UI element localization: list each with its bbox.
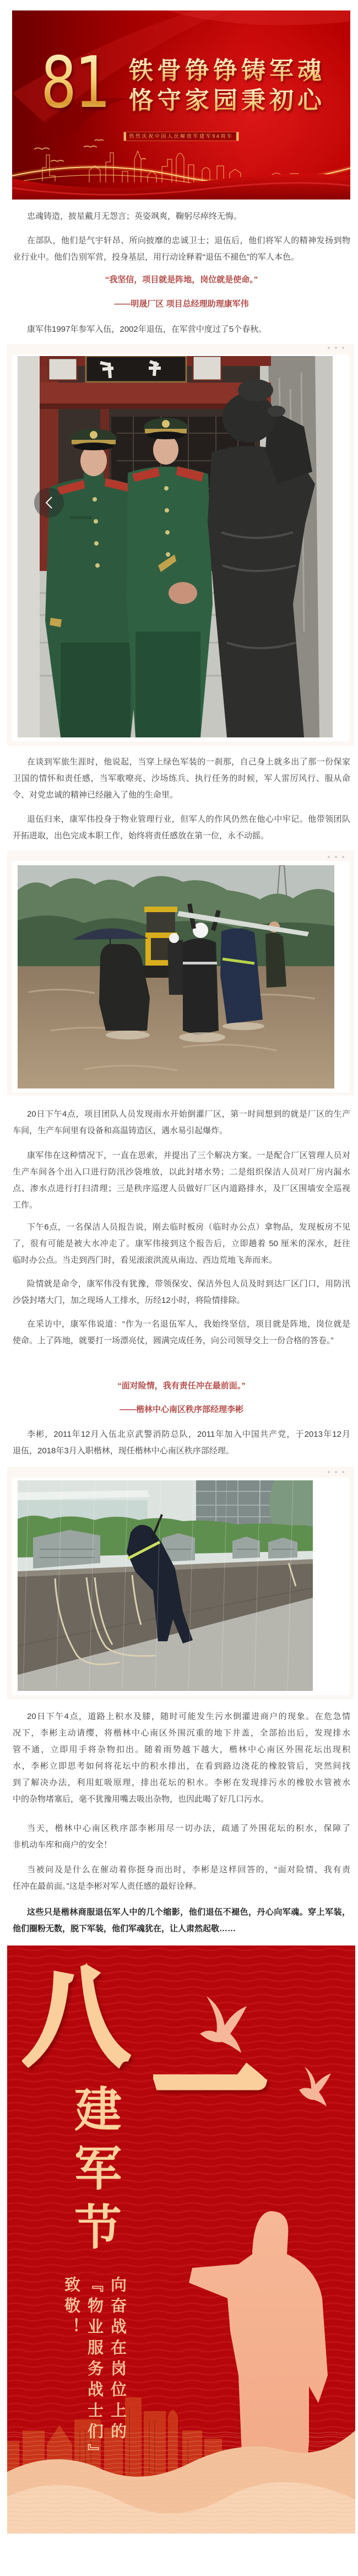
text-line: 他们圈粉无数，脱下军装，他们军魂犹在，让人肃然起敬…… bbox=[13, 1921, 350, 1937]
poster-slogan-column-right: 向奋战在岗位上的 bbox=[110, 2276, 126, 2444]
paragraph-conclusion: 这些只是楷林商服退伍军人中的几个缩影，他们退伍不褪色，丹心向军魂。穿上军装， 他… bbox=[13, 1904, 350, 1937]
carousel-dot[interactable] bbox=[328, 1471, 330, 1473]
text-line: 退伍，2018年3月入职楷林，现任楷林中心南区秩序部经理。 bbox=[13, 1443, 350, 1459]
carousel-dot[interactable] bbox=[342, 1471, 344, 1473]
poster-big-char-ba: 八 bbox=[24, 1965, 128, 2070]
text-line: 业行业中。他们告别军营，投身基层，用行动诠释着“退伍不褪色”的军人本色。 bbox=[13, 249, 350, 266]
quote-li: “面对险情，我有责任冲在最前面。” bbox=[13, 1378, 350, 1394]
photo-carousel-1[interactable] bbox=[7, 344, 354, 746]
banner-subtitle: 热烈庆祝中国人民解放军建军94周年 bbox=[124, 132, 238, 141]
chevron-left-icon bbox=[44, 496, 55, 509]
carousel-dots bbox=[328, 347, 344, 349]
photo-carousel-2[interactable] bbox=[7, 850, 354, 1096]
article-page: 81 铁骨铮铮铸军魂 恪守家园秉初心 热烈庆祝中国人民解放军建军94周年 忠魂铸… bbox=[0, 0, 358, 2576]
paragraph-danger-order: 险情就是命令，康军伟没有犹豫，带领保安、保洁外包人员及时到达厂区门口，用防汛 沙… bbox=[13, 1276, 350, 1309]
text-line: 险情就是命令，康军伟没有犹豫，带领保安、保洁外包人员及时到达厂区门口，用防汛 bbox=[13, 1276, 350, 1292]
text-line: 非机动车库和商户的安全！ bbox=[13, 1837, 350, 1853]
paragraph-veterans: 在部队，他们是气宇轩昂、所向披靡的忠诚卫士；退伍后，他们将军人的精神发扬到物 业… bbox=[13, 233, 350, 266]
text-line: 临时办公点。当走到西门时，看见滚滚洪流从南边、西边荒地飞奔而来。 bbox=[13, 1252, 350, 1269]
text-line: 水，李彬立即思考如何将花坛中的积水排出，在看到路边浇花的橡胶管后，突然间找 bbox=[13, 1758, 350, 1775]
carousel-dot[interactable] bbox=[335, 347, 337, 349]
poster-slogan-column-left: 致敬！ bbox=[63, 2276, 80, 2339]
text-line: 生产车间各个出入口进行防汛沙袋堆放，以此封堵水势；二是组织保洁人员对厂房内漏水 bbox=[13, 1164, 350, 1181]
text-line: 在谈到军旅生涯时，他说起，当穿上绿色军装的一刹那，自己身上就多出了那一份保家 bbox=[13, 754, 350, 770]
paragraph-military-life: 在谈到军旅生涯时，他说起，当穿上绿色军装的一刹那，自己身上就多出了那一份保家 卫… bbox=[13, 754, 350, 804]
text-line: 任冲在最前面。”这是李彬对军人责任感的最好诠释。 bbox=[13, 1878, 350, 1895]
paragraph-li-action: 20日下午4点，道路上积水及膝，随时可能发生污水倒灌进商户的现象。在危急情 况下… bbox=[13, 1709, 350, 1808]
banner-title-line2: 恪守家园秉初心 bbox=[129, 88, 326, 114]
paragraph-six-pm: 下午6点，一名保洁人员报告说，刚去临时板房（临时办公点）拿物品，发现板房不见 了… bbox=[13, 1219, 350, 1269]
text-line: 在采访中，康军伟说道：“作为一名退伍军人，我始终坚信，项目就是阵地，岗位就是 bbox=[13, 1316, 350, 1333]
carousel-dot[interactable] bbox=[335, 856, 337, 858]
quote-kang-attribution: ——明晟厂区 项目总经理助理康军伟 bbox=[13, 296, 350, 312]
text-line: 忠魂铸造，披星戴月无怨言；英姿飒爽，鞠躬尽瘁终无悔。 bbox=[13, 208, 350, 225]
text-line: 20日下午4点，道路上积水及膝，随时可能发生污水倒灌进商户的现象。在危急情 bbox=[13, 1709, 350, 1725]
paragraph-li-bio: 李彬，2011年12月入伍北京武警消防总队，2011年加入中国共产党，于2013… bbox=[13, 1426, 350, 1459]
paragraph-three-plans: 康军伟在这种情况下，一直在思索，并提出了三个解决方案。一是配合厂区管理人员对 生… bbox=[13, 1147, 350, 1214]
text-line: 使命。上了阵地，就要打一场漂亮仗，圆满完成任务，向公司领导交上一份合格的答卷。” bbox=[13, 1333, 350, 1349]
text-line: 点、渗水点进行打扫清理；三是秩序巡逻人员做好厂区内道路排水，及厂区围墙安全巡视 bbox=[13, 1181, 350, 1197]
army-day-poster: 八 一 建军节 向奋战在岗位上的 『物业服务战士们』 致敬！ bbox=[7, 1946, 355, 2534]
banner-title-line1: 铁骨铮铮铸军魂 bbox=[129, 58, 326, 84]
text-line: 中的杂物堵塞后，毫不犹豫用嘴去吸出杂物，也因此喝了好几口污水。 bbox=[13, 1791, 350, 1808]
poster-title-army-day: 建军节 bbox=[68, 2084, 120, 2261]
carousel-dot[interactable] bbox=[335, 1471, 337, 1473]
paragraph-interview-kang: 在采访中，康军伟说道：“作为一名退伍军人，我始终坚信，项目就是阵地，岗位就是 使… bbox=[13, 1316, 350, 1349]
text-line: 退伍归来，康军伟投身于物业管理行业，但军人的作风仍然在他心中牢记。他带领团队 bbox=[13, 811, 350, 828]
paragraph-kang-bio: 康军伟1997年参军入伍，2002年退伍，在军营中度过了5个春秋。 bbox=[13, 321, 350, 338]
text-line: 沙袋封堵大门，加之现场人工排水，历经12小时，将险情排除。 bbox=[13, 1292, 350, 1309]
photo-soldiers-statue[interactable] bbox=[18, 356, 333, 737]
text-line: 况下，李彬主动请缨，将楷林中心南区外围沉重的地下井盖，全部抬出后，发现排水 bbox=[13, 1725, 350, 1742]
carousel-dot[interactable] bbox=[328, 856, 330, 858]
text-line: 20日下午4点，项目团队人员发现雨水开始倒灌厂区，第一时间想到的就是厂区的生产 bbox=[13, 1106, 350, 1123]
text-line: 当天，楷林中心南区秩序部李彬用尽一切办法，疏通了外围花坛的积水，保障了 bbox=[13, 1820, 350, 1837]
text-line: 开拓进取，出色完成本职工作，始终将责任感放在第一位，永不动摇。 bbox=[13, 828, 350, 844]
photo-carousel-3[interactable] bbox=[7, 1467, 354, 1699]
carousel-dot[interactable] bbox=[342, 856, 344, 858]
text-line: 了，很有可能是被大水冲走了。康军伟接到这个报告后，立即趟着 50 厘米的深水，赶… bbox=[13, 1236, 350, 1252]
text-line: 这些只是楷林商服退伍军人中的几个缩影，他们退伍不褪色，丹心向军魂。穿上军装， bbox=[13, 1904, 350, 1921]
poster-big-char-yi: 一 bbox=[155, 2035, 265, 2145]
text-line: 管不通，立即用手将杂物扣出。随着雨势越下越大，楷林中心南区外围花坛出现积 bbox=[13, 1742, 350, 1758]
text-line: 到了解决办法，利用虹吸原理，排出花坛的积水。李彬在发现排污水的橡胶水管被水 bbox=[13, 1775, 350, 1791]
carousel-dots bbox=[328, 1471, 344, 1473]
paragraph-li-answer: 当被问及是什么在催动着你挺身而出时，李彬是这样回答的，“面对险情，我有责 任冲在… bbox=[13, 1862, 350, 1895]
paragraph-intro: 忠魂铸造，披星戴月无怨言；英姿飒爽，鞠躬尽瘁终无悔。 bbox=[13, 208, 350, 225]
header-banner: 81 铁骨铮铮铸军魂 恪守家园秉初心 热烈庆祝中国人民解放军建军94周年 bbox=[12, 10, 350, 200]
text-line: 下午6点，一名保洁人员报告说，刚去临时板房（临时办公点）拿物品，发现板房不见 bbox=[13, 1219, 350, 1236]
carousel-dot[interactable] bbox=[328, 347, 330, 349]
poster-slogan-column-middle: 『物业服务战士们』 bbox=[86, 2276, 103, 2465]
carousel-dot[interactable] bbox=[342, 347, 344, 349]
paragraph-flood-alert: 20日下午4点，项目团队人员发现雨水开始倒灌厂区，第一时间想到的就是厂区的生产 … bbox=[13, 1106, 350, 1139]
text-line: 车间，生产车间里有设备和高温铸造区，遇水易引起爆炸。 bbox=[13, 1123, 350, 1139]
text-line: 在部队，他们是气宇轩昂、所向披靡的忠诚卫士；退伍后，他们将军人的精神发扬到物 bbox=[13, 233, 350, 249]
carousel-prev-button[interactable] bbox=[34, 488, 64, 518]
text-line: 卫国的情怀和责任感，当军歌嘹亮、沙场练兵、执行任务的时候，军人雷厉风行、服从命 bbox=[13, 770, 350, 787]
text-line: 康军伟1997年参军入伍，2002年退伍，在军营中度过了5个春秋。 bbox=[13, 321, 350, 338]
quote-li-attribution: ——楷林中心南区秩序部经理李彬 bbox=[13, 1402, 350, 1418]
quote-kang: “我坚信，项目就是阵地，岗位就是使命。” bbox=[13, 272, 350, 288]
text-line: 工作。 bbox=[13, 1197, 350, 1214]
text-line: 康军伟在这种情况下，一直在思索，并提出了三个解决方案。一是配合厂区管理人员对 bbox=[13, 1147, 350, 1164]
paragraph-returning: 退伍归来，康军伟投身于物业管理行业，但军人的作风仍然在他心中牢记。他带领团队 开… bbox=[13, 811, 350, 844]
banner-number-81: 81 bbox=[41, 45, 109, 122]
carousel-dots bbox=[328, 856, 344, 858]
text-line: 当被问及是什么在催动着你挺身而出时，李彬是这样回答的，“面对险情，我有责 bbox=[13, 1862, 350, 1878]
text-line: 李彬，2011年12月入伍北京武警消防总队，2011年加入中国共产党，于2013… bbox=[13, 1426, 350, 1443]
text-line: 令、对党忠诚的精神已经融入了他的生命里。 bbox=[13, 787, 350, 804]
paragraph-same-day: 当天，楷林中心南区秩序部李彬用尽一切办法，疏通了外围花坛的积水，保障了 非机动车… bbox=[13, 1820, 350, 1853]
photo-flood-rescue[interactable] bbox=[18, 865, 334, 1088]
photo-rain-drainage[interactable] bbox=[18, 1480, 313, 1691]
